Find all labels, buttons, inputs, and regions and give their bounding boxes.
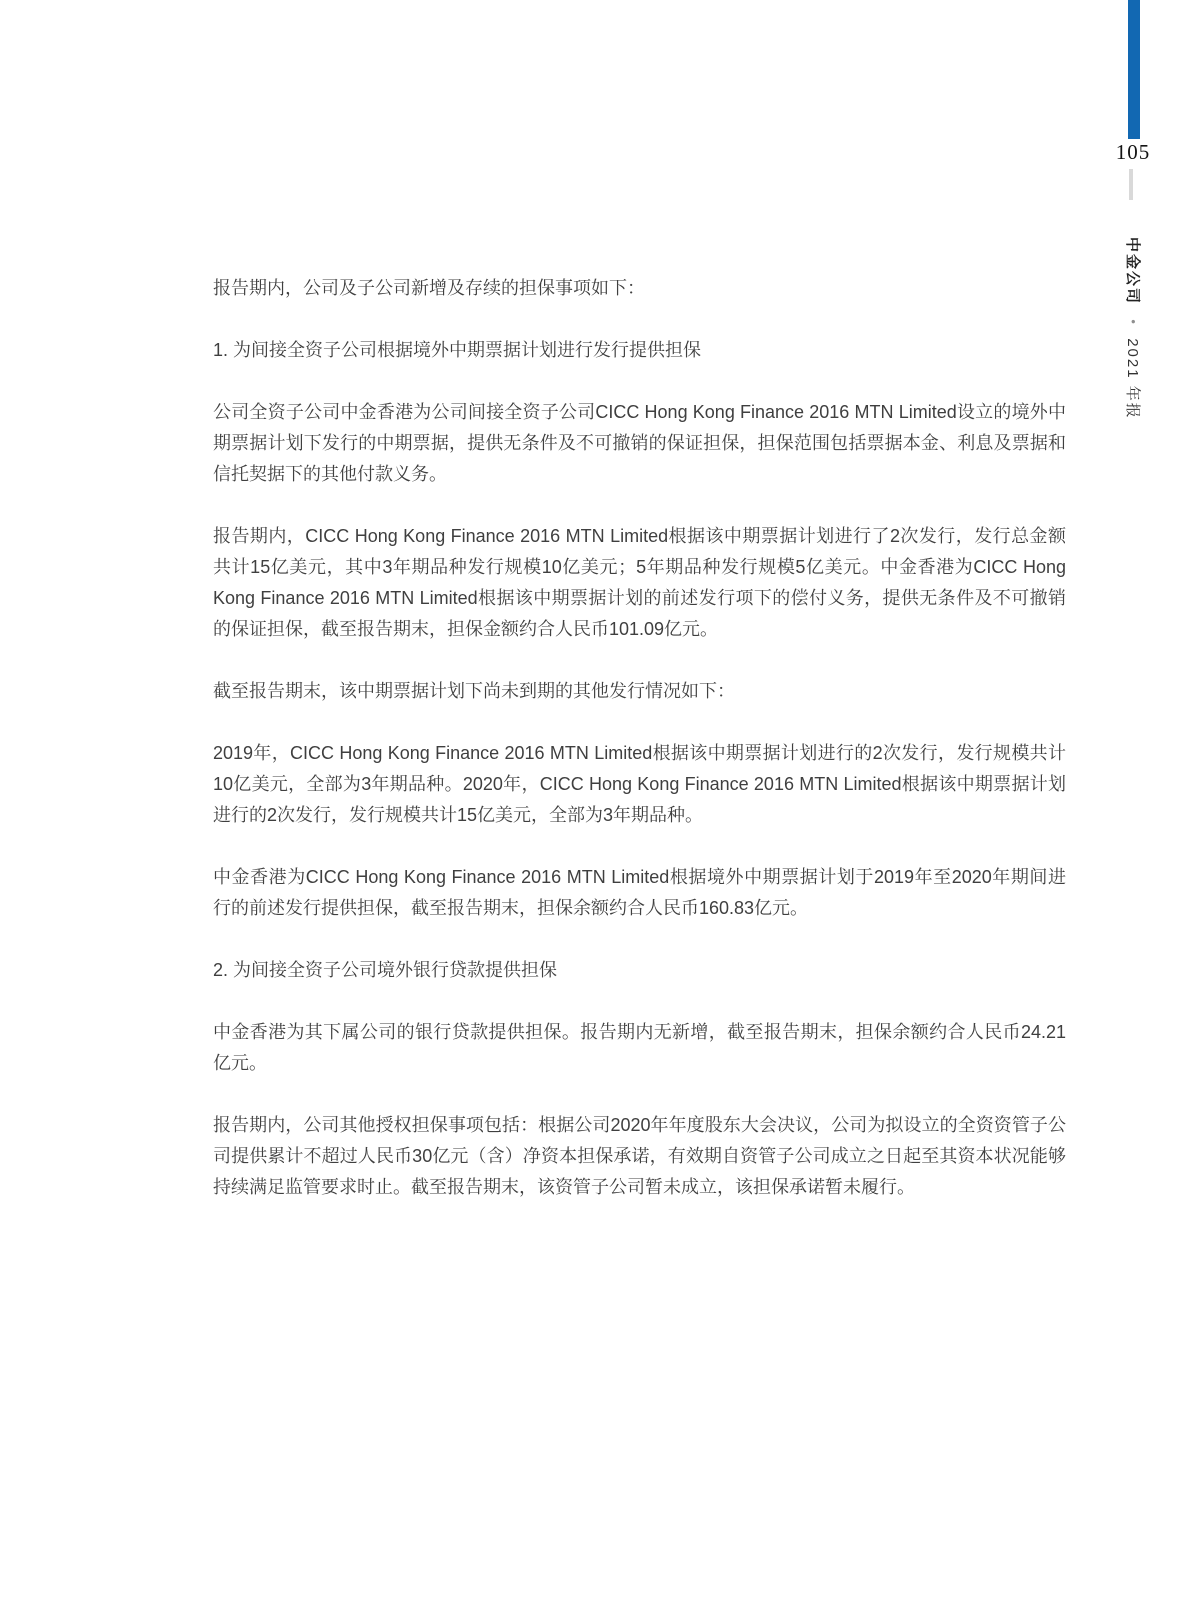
- para-outstanding-issuance-intro: 截至报告期末，该中期票据计划下尚未到期的其他发行情况如下：: [213, 676, 1066, 707]
- accent-bar: [1128, 0, 1140, 139]
- main-text-column: 报告期内，公司及子公司新增及存续的担保事项如下： 1. 为间接全资子公司根据境外…: [213, 273, 1066, 1234]
- sidebar-company-name: 中金公司: [1124, 237, 1141, 305]
- heading-mtn-issuance-guarantee: 1. 为间接全资子公司根据境外中期票据计划进行发行提供担保: [213, 335, 1066, 366]
- sidebar-bullet-icon: ●: [1124, 319, 1142, 324]
- report-page: 105 中金公司 ● 2021 年报 报告期内，公司及子公司新增及存续的担保事项…: [0, 0, 1190, 1615]
- page-number-divider: [1129, 169, 1133, 200]
- para-bank-loan-guarantee-balance: 中金香港为其下属公司的银行贷款提供担保。报告期内无新增，截至报告期末，担保余额约…: [213, 1017, 1066, 1079]
- para-mtn-report-period-issuance: 报告期内，CICC Hong Kong Finance 2016 MTN Lim…: [213, 521, 1066, 645]
- para-guarantee-balance-mtn: 中金香港为CICC Hong Kong Finance 2016 MTN Lim…: [213, 862, 1066, 924]
- sidebar-report-edition: 2021 年报: [1124, 338, 1141, 420]
- sidebar-brand-text: 中金公司 ● 2021 年报: [1123, 237, 1142, 420]
- heading-bank-loan-guarantee: 2. 为间接全资子公司境外银行贷款提供担保: [213, 955, 1066, 986]
- para-mtn-program-guarantee: 公司全资子公司中金香港为公司间接全资子公司CICC Hong Kong Fina…: [213, 397, 1066, 490]
- para-issuance-2019-2020: 2019年，CICC Hong Kong Finance 2016 MTN Li…: [213, 738, 1066, 831]
- para-other-authorized-guarantee: 报告期内，公司其他授权担保事项包括：根据公司2020年年度股东大会决议，公司为拟…: [213, 1110, 1066, 1203]
- para-guarantee-intro: 报告期内，公司及子公司新增及存续的担保事项如下：: [213, 273, 1066, 304]
- page-number: 105: [1108, 140, 1158, 164]
